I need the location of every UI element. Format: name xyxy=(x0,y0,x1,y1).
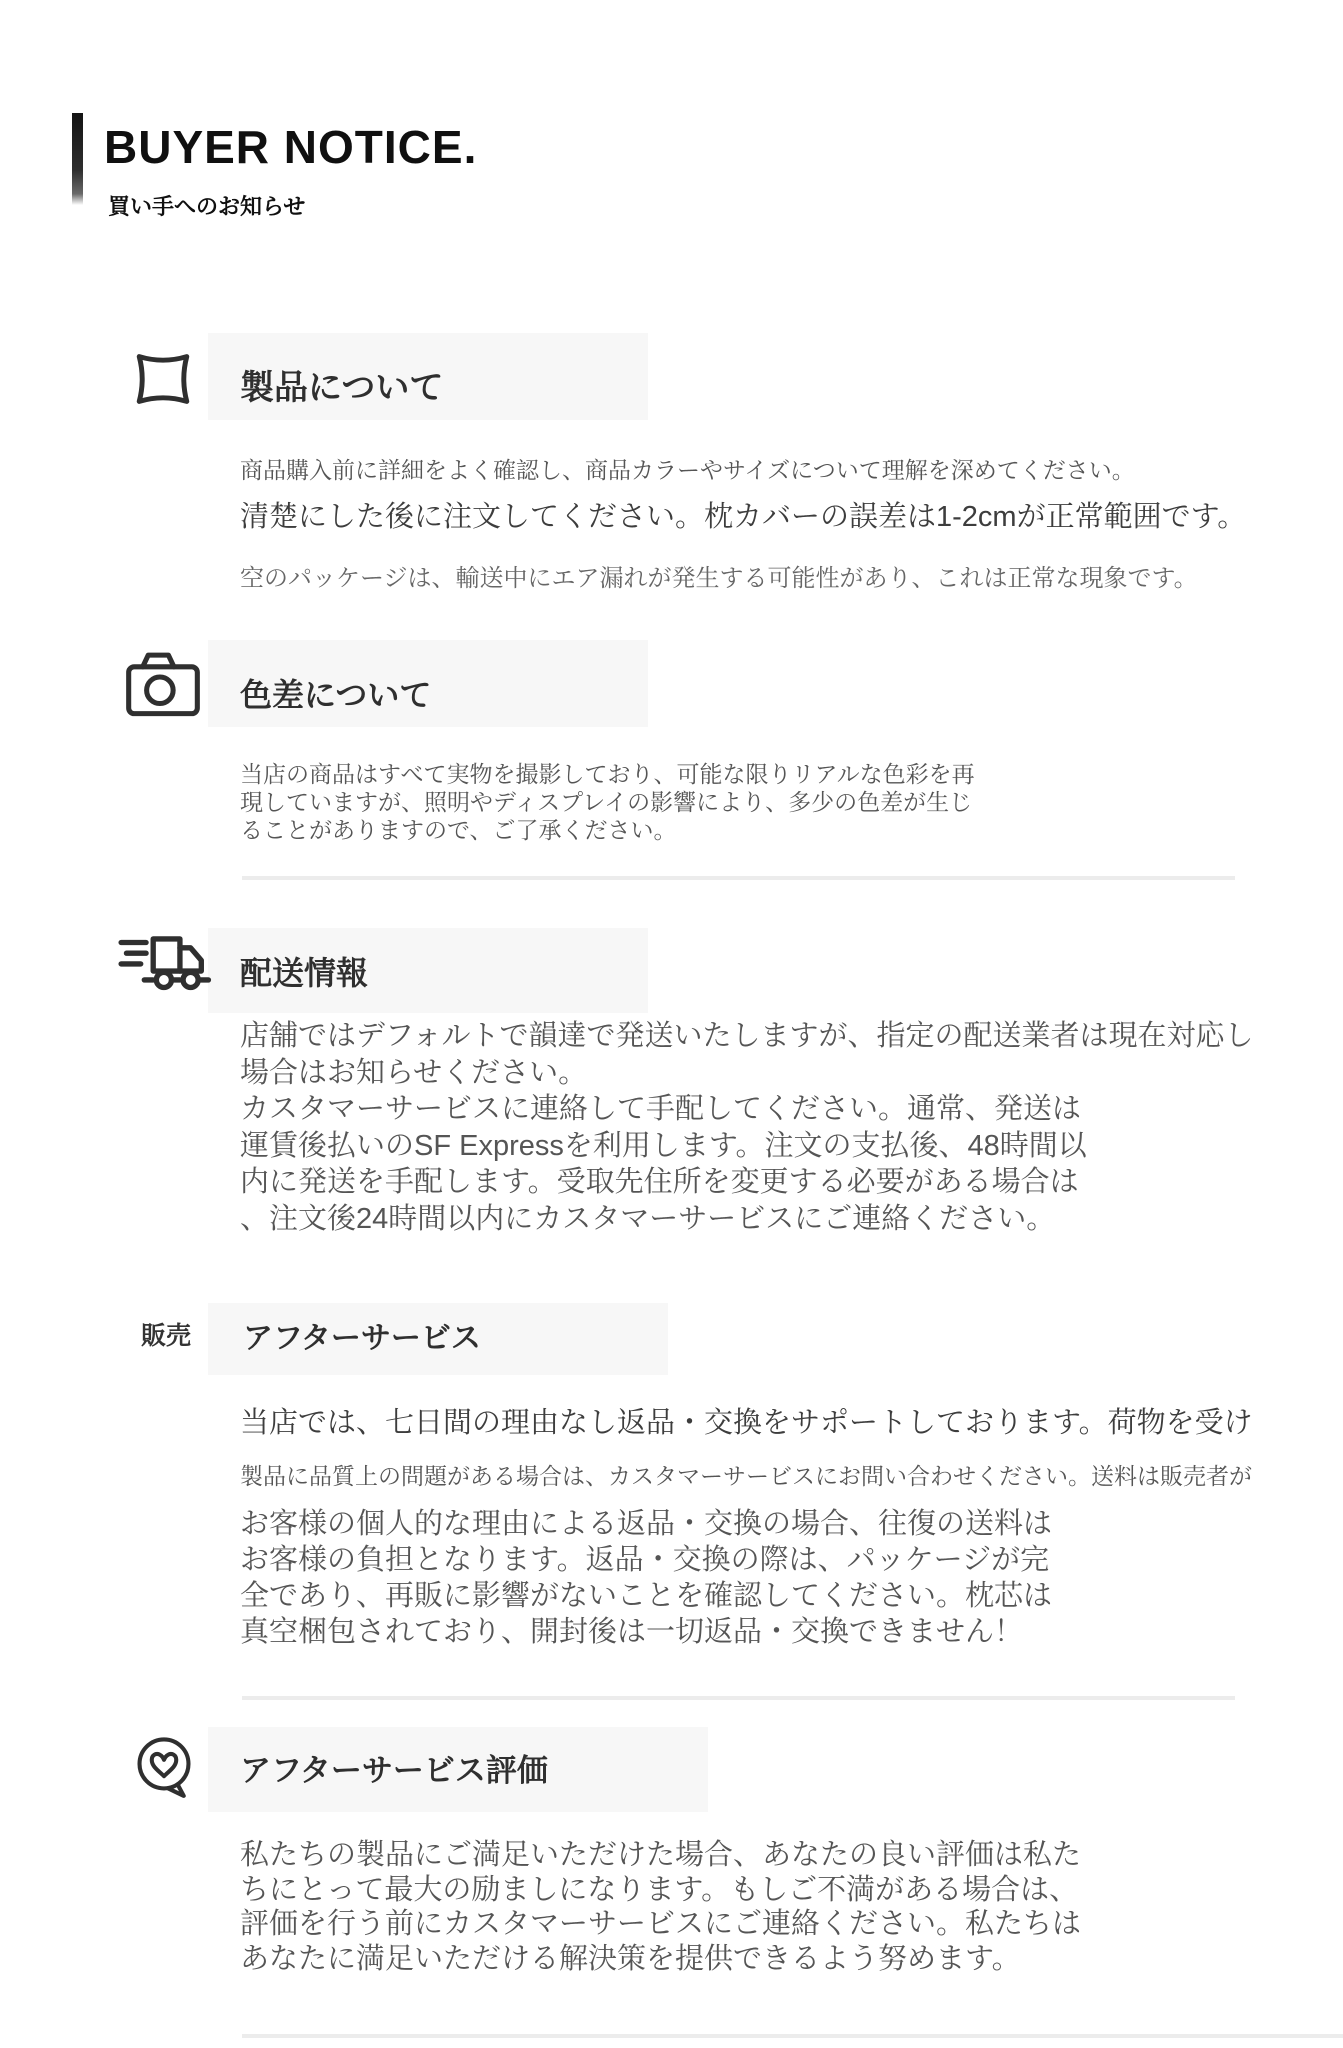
product-note-bottom: 空のパッケージは、輸送中にエア漏れが発生する可能性があり、これは正常な現象です。 xyxy=(240,558,1198,593)
page-subtitle: 買い手へのお知らせ xyxy=(108,190,305,221)
buyer-notice-page: BUYER NOTICE. 買い手へのお知らせ 製品について 商品購入前に詳細を… xyxy=(0,0,1343,2048)
after-service-emphasis: 当店では、七日間の理由なし返品・交換をサポートしております。荷物を受け xyxy=(240,1400,1253,1441)
section-heading-review: アフターサービス評価 xyxy=(240,1745,548,1790)
section-heading-shipping: 配送情報 xyxy=(240,948,368,994)
truck-icon xyxy=(114,930,212,996)
section-heading-after-service: アフターサービス xyxy=(243,1313,481,1357)
section-heading-product: 製品について xyxy=(240,360,443,409)
review-body: 私たちの製品にご満足いただけた場合、あなたの良い評価は私た ちにとって最大の励ま… xyxy=(240,1838,1081,1976)
divider-bottom xyxy=(242,2034,1343,2038)
divider-1 xyxy=(242,876,1235,880)
header-accent-bar xyxy=(72,113,83,205)
pillow-icon xyxy=(130,346,196,412)
heart-bubble-icon xyxy=(130,1730,198,1806)
section-heading-color: 色差について xyxy=(240,670,431,716)
divider-2 xyxy=(242,1696,1235,1700)
page-title: BUYER NOTICE. xyxy=(104,120,477,174)
after-service-kicker: 販売 xyxy=(141,1316,191,1352)
after-service-note: 製品に品質上の問題がある場合は、カスタマーサービスにお問い合わせください。送料は… xyxy=(240,1458,1252,1491)
color-body: 当店の商品はすべて実物を撮影しており、可能な限りリアルな色彩を再 現していますが… xyxy=(240,760,975,844)
shipping-body: 店舗ではデフォルトで韻達で発送いたしますが、指定の配送業者は現在対応し 場合はお… xyxy=(240,1018,1254,1237)
after-service-body: お客様の個人的な理由による返品・交換の場合、往復の送料は お客様の負担となります… xyxy=(240,1506,1052,1650)
product-note-top: 商品購入前に詳細をよく確認し、商品カラーやサイズについて理解を深めてください。 xyxy=(240,452,1135,485)
product-emphasis: 清楚にした後に注文してください。枕カバーの誤差は1-2cmが正常範囲です。 xyxy=(240,494,1246,535)
camera-icon xyxy=(124,648,202,720)
